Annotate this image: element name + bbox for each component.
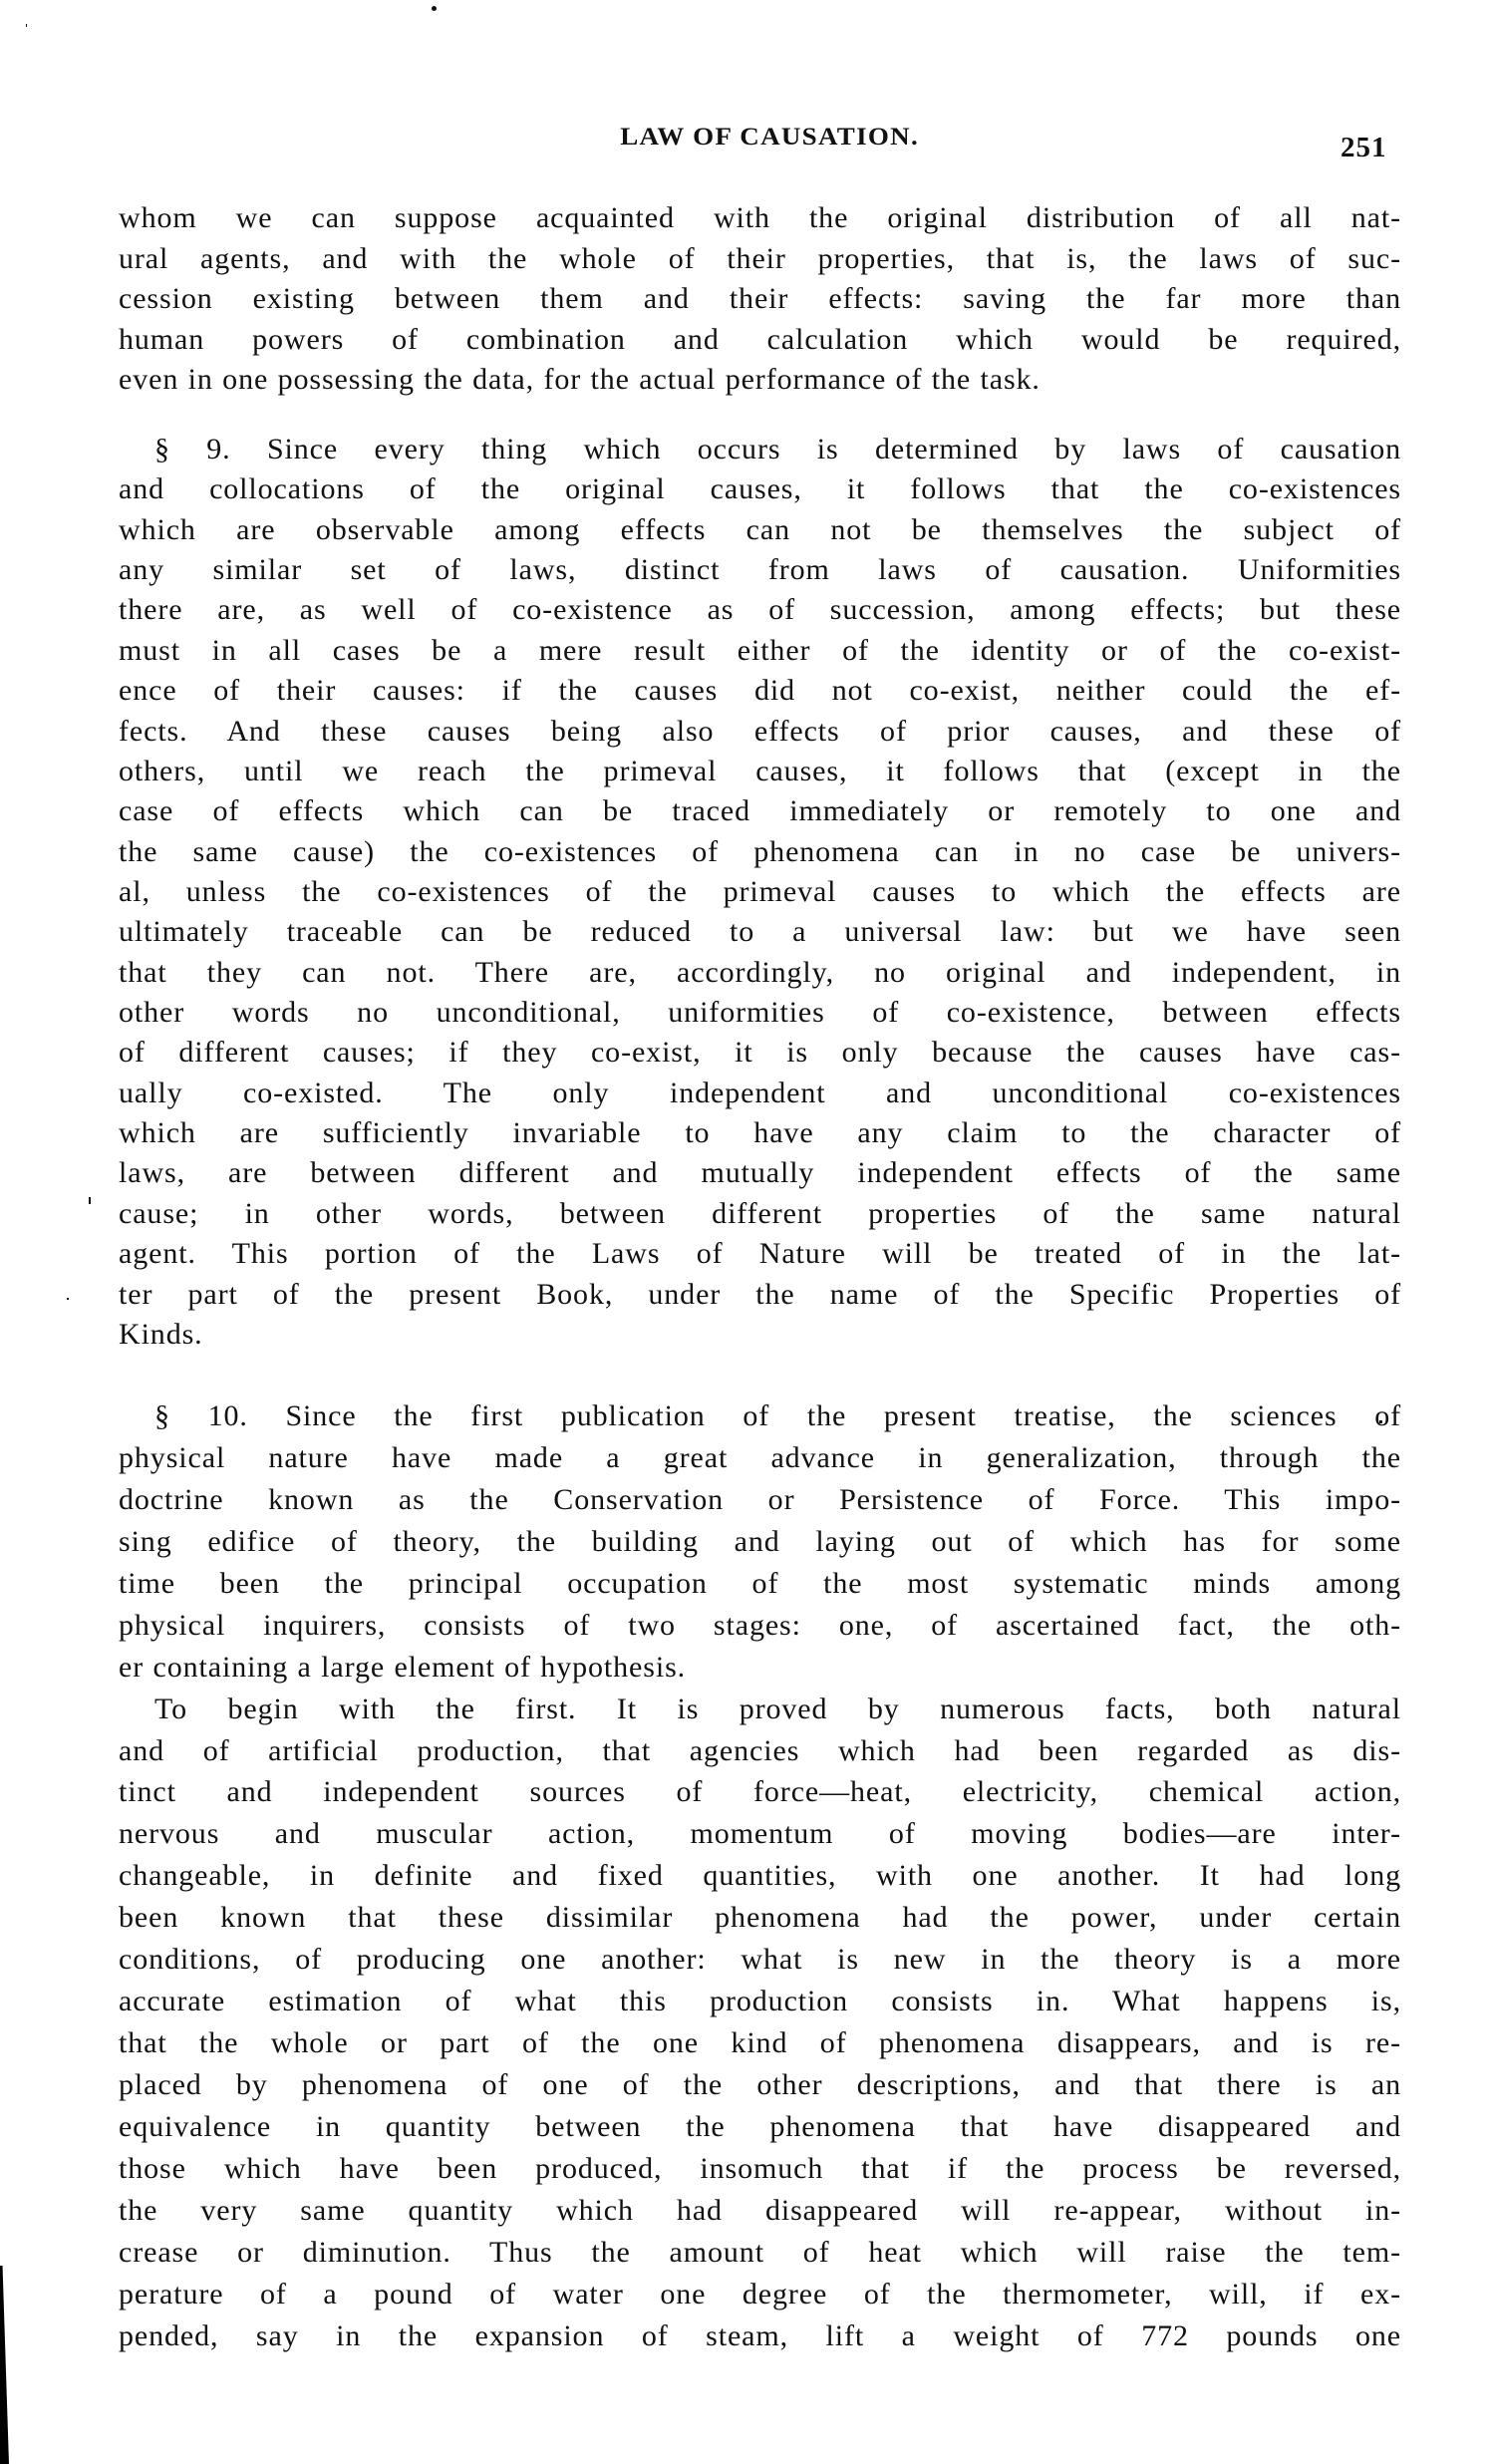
text-line: Kinds. bbox=[119, 1315, 1401, 1355]
text-line: physical inquirers, consists of two stag… bbox=[119, 1605, 1401, 1647]
text-line: accurate estimation of what this product… bbox=[119, 1981, 1401, 2022]
text-line: sing edifice of theory, the building and… bbox=[119, 1521, 1401, 1563]
continuation-paragraph: whom we can suppose acquainted with the … bbox=[119, 198, 1401, 401]
text-line: must in all cases be a mere result eithe… bbox=[119, 631, 1401, 671]
text-line: crease or diminution. Thus the amount of… bbox=[119, 2232, 1401, 2274]
text-line: laws, are between different and mutually… bbox=[119, 1153, 1401, 1193]
section-9-first-line: § 9. Since every thing which occurs is d… bbox=[119, 430, 1401, 469]
scan-speck bbox=[432, 6, 437, 11]
text-line: time been the principal occupation of th… bbox=[119, 1563, 1401, 1605]
text-line: of different causes; if they co-exist, i… bbox=[119, 1033, 1401, 1073]
section-9-paragraph: § 9. Since every thing which occurs is d… bbox=[119, 430, 1401, 1355]
text-line: the very same quantity which had disappe… bbox=[119, 2190, 1401, 2232]
scan-speck bbox=[89, 1197, 91, 1204]
text-line: nervous and muscular action, momentum of… bbox=[119, 1813, 1401, 1855]
text-line: and collocations of the original causes,… bbox=[119, 469, 1401, 509]
text-line: case of effects which can be traced imme… bbox=[119, 791, 1401, 831]
section-10-first-line: § 10. Since the first publication of the… bbox=[119, 1395, 1401, 1437]
text-line: fects. And these causes being also effec… bbox=[119, 712, 1401, 752]
page-number: 251 bbox=[1341, 132, 1387, 164]
text-line: ually co-existed. The only independent a… bbox=[119, 1074, 1401, 1113]
text-line: been known that these dissimilar phenome… bbox=[119, 1897, 1401, 1939]
text-line: ultimately traceable can be reduced to a… bbox=[119, 912, 1401, 952]
text-line: cause; in other words, between different… bbox=[119, 1194, 1401, 1234]
page-header: LAW OF CAUSATION. 251 bbox=[0, 122, 1490, 161]
text-line: placed by phenomena of one of the other … bbox=[119, 2064, 1401, 2106]
paragraph-2-first-line: To begin with the first. It is proved by… bbox=[119, 1689, 1401, 1730]
scan-speck bbox=[26, 24, 27, 27]
text-line: ence of their causes: if the causes did … bbox=[119, 671, 1401, 711]
text-line: al, unless the co-existences of the prim… bbox=[119, 872, 1401, 912]
text-line: tinct and independent sources of force—h… bbox=[119, 1771, 1401, 1813]
text-line: equivalence in quantity between the phen… bbox=[119, 2106, 1401, 2148]
text-line: which are sufficiently invariable to hav… bbox=[119, 1113, 1401, 1153]
text-line: and of artificial production, that agenc… bbox=[119, 1730, 1401, 1772]
text-line: physical nature have made a great advanc… bbox=[119, 1437, 1401, 1479]
text-line: that the whole or part of the one kind o… bbox=[119, 2022, 1401, 2064]
text-line: perature of a pound of water one degree … bbox=[119, 2274, 1401, 2315]
section-10: § 10. Since the first publication of the… bbox=[119, 1395, 1401, 2357]
text-line: others, until we reach the primeval caus… bbox=[119, 752, 1401, 791]
text-line: cession existing between them and their … bbox=[119, 279, 1401, 320]
text-line: other words no unconditional, uniformiti… bbox=[119, 993, 1401, 1033]
text-line: whom we can suppose acquainted with the … bbox=[119, 198, 1401, 239]
scan-edge-bar bbox=[0, 2266, 9, 2464]
text-line: doctrine known as the Conservation or Pe… bbox=[119, 1479, 1401, 1521]
running-title: LAW OF CAUSATION. bbox=[566, 124, 973, 152]
text-line: that they can not. There are, accordingl… bbox=[119, 953, 1401, 993]
text-line: the same cause) the co-existences of phe… bbox=[119, 832, 1401, 872]
text-line: ural agents, and with the whole of their… bbox=[119, 239, 1401, 280]
text-line: conditions, of producing one another: wh… bbox=[119, 1939, 1401, 1981]
scan-speck bbox=[1379, 1420, 1382, 1423]
scan-speck bbox=[67, 1298, 69, 1300]
text-line: changeable, in definite and fixed quanti… bbox=[119, 1855, 1401, 1897]
text-line: those which have been produced, insomuch… bbox=[119, 2148, 1401, 2190]
text-line: pended, say in the expansion of steam, l… bbox=[119, 2315, 1401, 2357]
text-line: human powers of combination and calculat… bbox=[119, 320, 1401, 361]
text-line: any similar set of laws, distinct from l… bbox=[119, 550, 1401, 590]
text-line: even in one possessing the data, for the… bbox=[119, 360, 1401, 401]
text-line: er containing a large element of hypothe… bbox=[119, 1647, 1401, 1689]
text-line: agent. This portion of the Laws of Natur… bbox=[119, 1234, 1401, 1274]
text-line: which are observable among effects can n… bbox=[119, 510, 1401, 550]
text-line: ter part of the present Book, under the … bbox=[119, 1275, 1401, 1315]
text-line: there are, as well of co-existence as of… bbox=[119, 590, 1401, 630]
